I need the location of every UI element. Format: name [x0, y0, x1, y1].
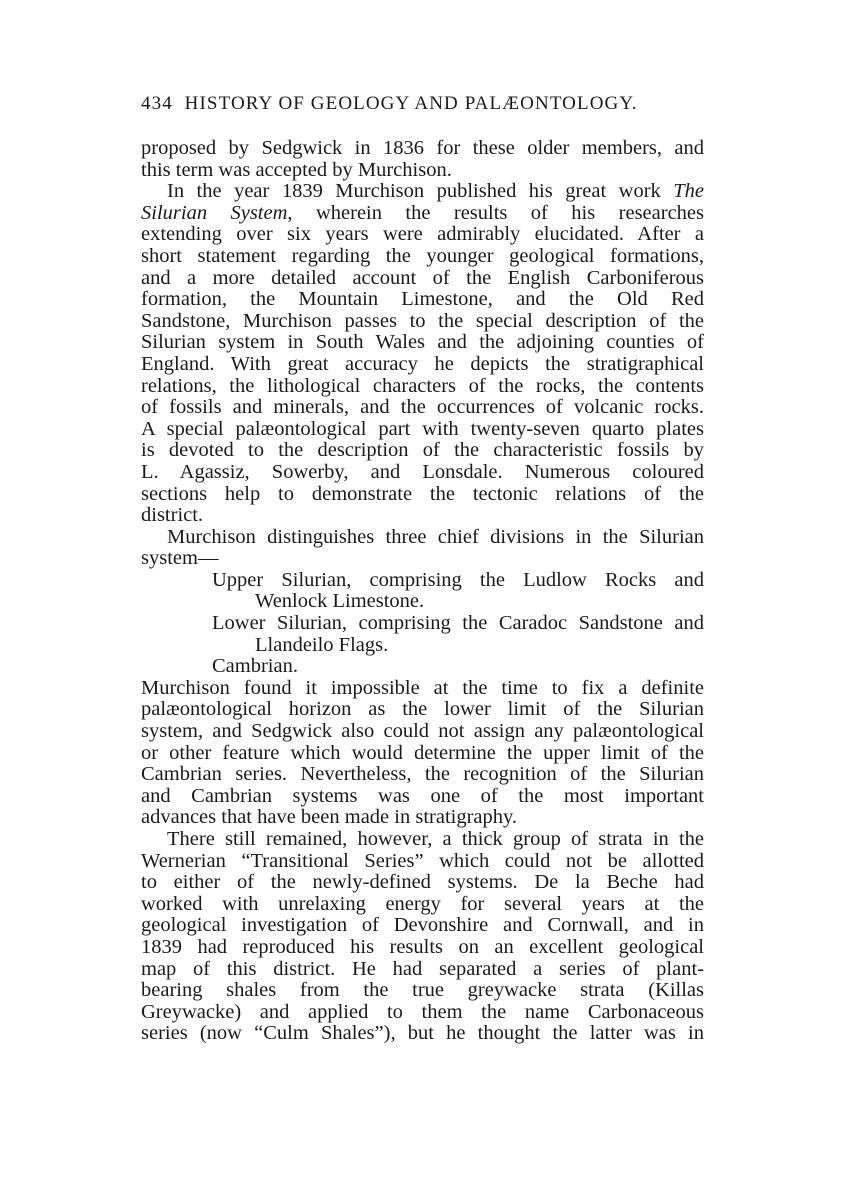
text-line: Greywacke) and applied to them the name … — [141, 1002, 704, 1024]
text-line: L. Agassiz, Sowerby, and Lonsdale. Numer… — [141, 462, 704, 484]
text-line: Upper Silurian, comprising the Ludlow Ro… — [141, 570, 704, 592]
text-line: Wenlock Limestone. — [141, 591, 704, 613]
text-line: short statement regarding the younger ge… — [141, 246, 704, 268]
running-header: 434 HISTORY OF GEOLOGY AND PALÆONTOLOGY. — [141, 93, 704, 115]
running-title: HISTORY OF GEOLOGY AND PALÆONTOLOGY. — [185, 93, 638, 114]
text-line: or other feature which would determine t… — [141, 743, 704, 765]
text-line: Llandeilo Flags. — [141, 635, 704, 657]
body-text: proposed by Sedgwick in 1836 for these o… — [141, 138, 704, 1045]
text-line: Murchison found it impossible at the tim… — [141, 678, 704, 700]
text-line: Silurian System, wherein the results of … — [141, 203, 704, 225]
text-line: system, and Sedgwick also could not assi… — [141, 721, 704, 743]
text-line: England. With great accuracy he depicts … — [141, 354, 704, 376]
text-line: this term was accepted by Murchison. — [141, 160, 704, 182]
text-line: to either of the newly-defined systems. … — [141, 872, 704, 894]
text-line: map of this district. He had separated a… — [141, 959, 704, 981]
text-line: proposed by Sedgwick in 1836 for these o… — [141, 138, 704, 160]
text-line: sections help to demonstrate the tectoni… — [141, 484, 704, 506]
text-line: Cambrian. — [141, 656, 704, 678]
text-line: district. — [141, 505, 704, 527]
text-line: Murchison distinguishes three chief divi… — [141, 527, 704, 549]
page-number: 434 — [141, 93, 173, 114]
book-title-italic: The — [673, 180, 704, 202]
text-line: is devoted to the description of the cha… — [141, 440, 704, 462]
text-line: of fossils and minerals, and the occurre… — [141, 397, 704, 419]
book-page: 434 HISTORY OF GEOLOGY AND PALÆONTOLOGY.… — [141, 93, 704, 1045]
text-line: bearing shales from the true greywacke s… — [141, 980, 704, 1002]
text-line: palæontological horizon as the lower lim… — [141, 699, 704, 721]
book-title-italic: Silurian System — [141, 202, 287, 224]
text-line: series (now “Culm Shales”), but he thoug… — [141, 1023, 704, 1045]
text-line: and Cambrian systems was one of the most… — [141, 786, 704, 808]
text-line: formation, the Mountain Limestone, and t… — [141, 289, 704, 311]
text-line: Silurian system in South Wales and the a… — [141, 332, 704, 354]
text-line: and a more detailed account of the Engli… — [141, 268, 704, 290]
text-line: geological investigation of Devonshire a… — [141, 915, 704, 937]
text-line: worked with unrelaxing energy for severa… — [141, 894, 704, 916]
text-line: In the year 1839 Murchison published his… — [141, 181, 704, 203]
text-line: advances that have been made in stratigr… — [141, 807, 704, 829]
text-line: Wernerian “Transitional Series” which co… — [141, 851, 704, 873]
text-line: There still remained, however, a thick g… — [141, 829, 704, 851]
text-line: A special palæontological part with twen… — [141, 419, 704, 441]
text-line: system— — [141, 548, 704, 570]
text-line: Lower Silurian, comprising the Caradoc S… — [141, 613, 704, 635]
text-line: extending over six years were admirably … — [141, 224, 704, 246]
text-line: Cambrian series. Nevertheless, the recog… — [141, 764, 704, 786]
text-line: Sandstone, Murchison passes to the speci… — [141, 311, 704, 333]
text-line: relations, the lithological characters o… — [141, 376, 704, 398]
text-line: 1839 had reproduced his results on an ex… — [141, 937, 704, 959]
